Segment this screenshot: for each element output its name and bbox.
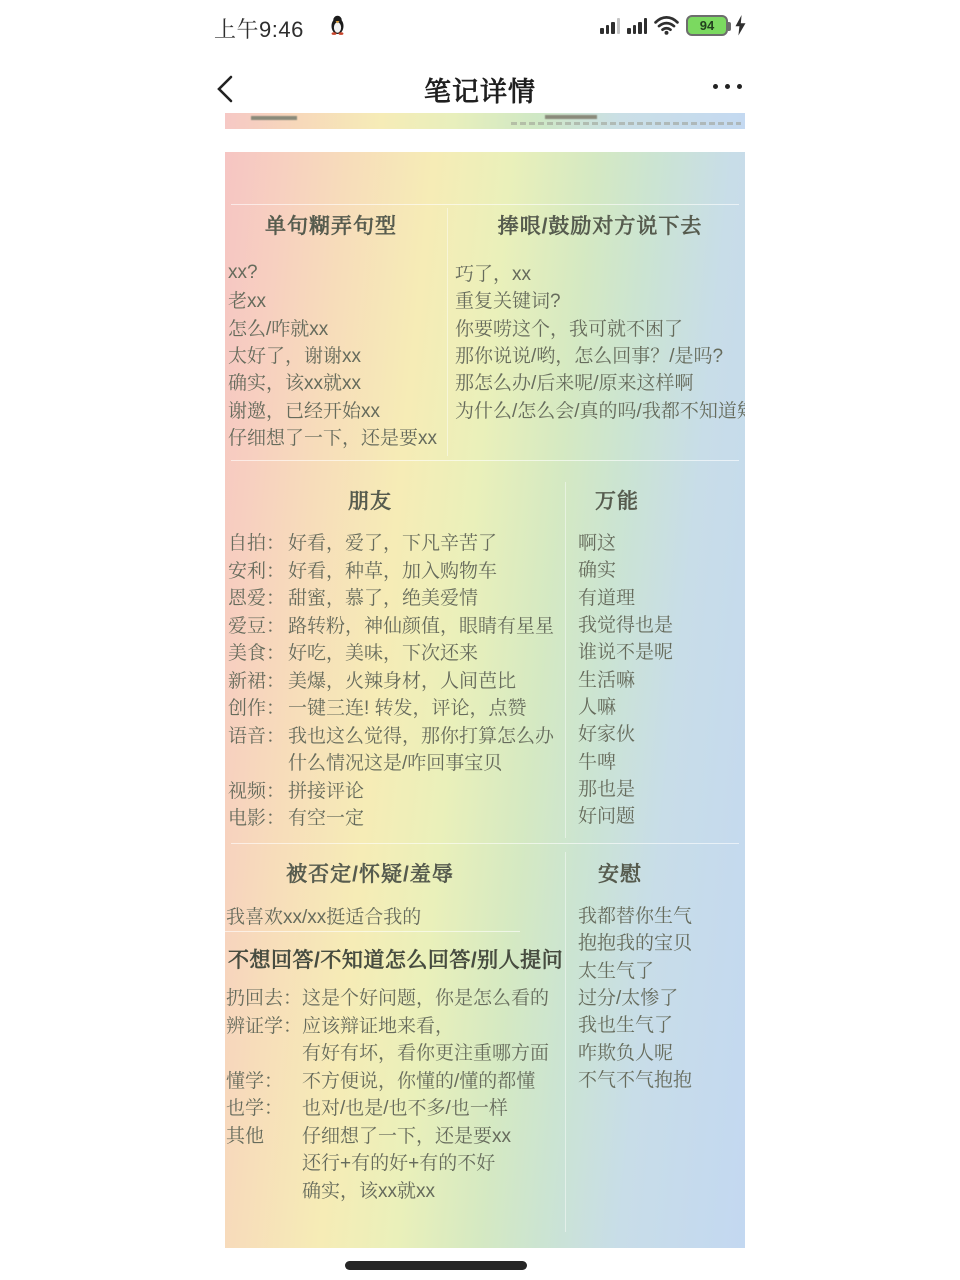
battery-icon: 94 bbox=[686, 15, 728, 36]
phrase-row: 什么情况这是/咋回事宝贝 bbox=[228, 748, 554, 776]
row-label: 视频： bbox=[228, 776, 288, 803]
phrase: xx? bbox=[228, 259, 437, 286]
phrase: 谢邀，已经开始xx bbox=[228, 395, 437, 422]
grid-line bbox=[231, 460, 739, 461]
phrase: 有道理 bbox=[578, 583, 673, 610]
row-text: 好看，种草，加入购物车 bbox=[288, 556, 497, 583]
row-text: 还行+有的好+有的不好 bbox=[302, 1148, 495, 1175]
phrase: 那也是 bbox=[578, 774, 673, 801]
signal-bars-sim2-icon bbox=[627, 17, 647, 34]
nav-bar: 笔记详情 bbox=[0, 62, 960, 114]
phrase-row: 扔回去：这是个好问题，你是怎么看的 bbox=[226, 983, 549, 1011]
phrase: 我觉得也是 bbox=[578, 610, 673, 637]
section1-right-header: 捧哏/鼓励对方说下去 bbox=[455, 210, 745, 240]
phrase: 太生气了 bbox=[578, 956, 692, 983]
phrase: 啊这 bbox=[578, 528, 673, 555]
status-icons: 94 bbox=[600, 14, 746, 36]
row-label: 其他 bbox=[226, 1121, 302, 1148]
section2-left-header: 朋友 bbox=[225, 485, 515, 515]
grid-line bbox=[565, 852, 566, 1232]
phrase: 确实，该xx就xx bbox=[228, 368, 437, 395]
row-label: 爱豆： bbox=[228, 611, 288, 638]
phrase: 我都替你生气 bbox=[578, 901, 692, 928]
phrase: 咋欺负人呢 bbox=[578, 1037, 692, 1064]
clock: 上午9:46 bbox=[214, 13, 304, 44]
row-text: 不方便说，你懂的/懂的都懂 bbox=[302, 1066, 535, 1093]
phrase: 不气不气抱抱 bbox=[578, 1065, 692, 1092]
tiny-text-smudge bbox=[511, 122, 741, 125]
battery-percent: 94 bbox=[700, 18, 714, 33]
row-label: 辨证学： bbox=[226, 1011, 302, 1038]
phrase-row: 语音：我也这么觉得，那你打算怎么办 bbox=[228, 721, 554, 749]
row-label: 自拍： bbox=[228, 528, 288, 555]
section3-right-list: 我都替你生气 抱抱我的宝贝 太生气了 过分/太惨了 我也生气了 咋欺负人呢 不气… bbox=[578, 901, 692, 1092]
page-title: 笔记详情 bbox=[0, 70, 960, 109]
row-label: 恩爱： bbox=[228, 583, 288, 610]
phrase: 谁说不是呢 bbox=[578, 637, 673, 664]
phrase: 我也生气了 bbox=[578, 1010, 692, 1037]
status-bar: 上午9:46 94 bbox=[0, 8, 960, 42]
section3-left-header: 被否定/怀疑/羞辱 bbox=[225, 858, 515, 888]
phrase-row: 确实，该xx就xx bbox=[226, 1176, 549, 1204]
more-button[interactable] bbox=[713, 84, 742, 89]
phrase-row: 恩爱：甜蜜，慕了，绝美爱情 bbox=[228, 583, 554, 611]
phrase: 好家伙 bbox=[578, 719, 673, 746]
row-text: 好吃，美味，下次还来 bbox=[288, 638, 478, 665]
tiny-text-smudge bbox=[545, 115, 597, 119]
row-text: 拼接评论 bbox=[288, 776, 364, 803]
section3-intro: 我喜欢xx/xx挺适合我的 bbox=[226, 902, 421, 929]
phrase-row: 也学：也对/也是/也不多/也一样 bbox=[226, 1093, 549, 1121]
grid-line bbox=[565, 482, 566, 838]
phrase: 巧了，xx bbox=[455, 259, 745, 286]
row-text: 有好有坏，看你更注重哪方面 bbox=[302, 1038, 549, 1065]
section3-subheader: 不想回答/不知道怎么回答/别人提问 bbox=[228, 944, 563, 974]
section1-left-header: 单句糊弄句型 bbox=[225, 210, 437, 240]
row-text: 确实，该xx就xx bbox=[302, 1176, 435, 1203]
note-image[interactable]: 单句糊弄句型 捧哏/鼓励对方说下去 xx? 老xx 怎么/咋就xx 太好了，谢谢… bbox=[225, 152, 745, 1248]
phrase: 重复关键词? bbox=[455, 286, 745, 313]
phrase-row: 安利：好看，种草，加入购物车 bbox=[228, 556, 554, 584]
row-label: 扔回去： bbox=[226, 983, 302, 1010]
grid-line bbox=[225, 931, 520, 932]
row-text: 什么情况这是/咋回事宝贝 bbox=[288, 748, 502, 775]
phrase: 好问题 bbox=[578, 801, 673, 828]
phrase: 那你说说/哟，怎么回事？/是吗? bbox=[455, 341, 745, 368]
phrase-row: 爱豆：路转粉，神仙颜值，眼睛有星星 bbox=[228, 611, 554, 639]
previous-image-strip[interactable] bbox=[225, 113, 745, 129]
section2-right-list: 啊这 确实 有道理 我觉得也是 谁说不是呢 生活嘛 人嘛 好家伙 牛啤 那也是 … bbox=[578, 528, 673, 828]
home-indicator[interactable] bbox=[345, 1261, 527, 1270]
row-text: 路转粉，神仙颜值，眼睛有星星 bbox=[288, 611, 554, 638]
row-text: 美爆，火辣身材，人间芭比 bbox=[288, 666, 516, 693]
tiny-text-smudge bbox=[251, 116, 297, 120]
row-label: 电影： bbox=[228, 803, 288, 830]
row-label: 安利： bbox=[228, 556, 288, 583]
row-text: 一键三连! 转发，评论，点赞 bbox=[288, 693, 527, 720]
section2-right-header: 万能 bbox=[527, 485, 707, 515]
grid-line bbox=[231, 204, 739, 205]
phrase: 人嘛 bbox=[578, 692, 673, 719]
phrase: 抱抱我的宝贝 bbox=[578, 928, 692, 955]
row-text: 也对/也是/也不多/也一样 bbox=[302, 1093, 508, 1120]
row-label: 语音： bbox=[228, 721, 288, 748]
phrase: 过分/太惨了 bbox=[578, 983, 692, 1010]
phrase-row: 懂学：不方便说，你懂的/懂的都懂 bbox=[226, 1066, 549, 1094]
phrase: 牛啤 bbox=[578, 746, 673, 773]
phrase-row: 新裙：美爆，火辣身材，人间芭比 bbox=[228, 666, 554, 694]
row-label: 创作： bbox=[228, 693, 288, 720]
phrase: 太好了，谢谢xx bbox=[228, 341, 437, 368]
wifi-icon bbox=[654, 16, 679, 35]
charging-bolt-icon bbox=[735, 15, 746, 36]
phrase: 生活嘛 bbox=[578, 664, 673, 691]
grid-line bbox=[231, 843, 739, 844]
phrase-row: 自拍：好看，爱了，下凡辛苦了 bbox=[228, 528, 554, 556]
row-text: 甜蜜，慕了，绝美爱情 bbox=[288, 583, 478, 610]
row-label: 懂学： bbox=[226, 1066, 302, 1093]
phrase-row: 电影：有空一定 bbox=[228, 803, 554, 831]
signal-bars-sim1-icon bbox=[600, 17, 620, 34]
section2-left-rows: 自拍：好看，爱了，下凡辛苦了 安利：好看，种草，加入购物车 恩爱：甜蜜，慕了，绝… bbox=[228, 528, 554, 831]
phrase: 怎么/咋就xx bbox=[228, 314, 437, 341]
row-text: 好看，爱了，下凡辛苦了 bbox=[288, 528, 497, 555]
phrase-row: 还行+有的好+有的不好 bbox=[226, 1148, 549, 1176]
phrase-row: 其他仔细想了一下，还是要xx bbox=[226, 1121, 549, 1149]
row-text: 仔细想了一下，还是要xx bbox=[302, 1121, 511, 1148]
penguin-icon bbox=[330, 15, 345, 35]
phrase-row: 有好有坏，看你更注重哪方面 bbox=[226, 1038, 549, 1066]
section3-left-rows: 扔回去：这是个好问题，你是怎么看的 辨证学：应该辩证地来看， 有好有坏，看你更注… bbox=[226, 983, 549, 1203]
phrase: 确实 bbox=[578, 555, 673, 582]
phrase-row: 创作：一键三连! 转发，评论，点赞 bbox=[228, 693, 554, 721]
phrase: 那怎么办/后来呢/原来这样啊 bbox=[455, 368, 745, 395]
row-text: 我也这么觉得，那你打算怎么办 bbox=[288, 721, 554, 748]
phrase: 仔细想了一下，还是要xx bbox=[228, 423, 437, 450]
row-text: 有空一定 bbox=[288, 803, 364, 830]
phone-screen: 上午9:46 94 bbox=[0, 0, 960, 1280]
row-label: 也学： bbox=[226, 1093, 302, 1120]
phrase: 为什么/怎么会/真的吗/我都不知道欸 bbox=[455, 395, 745, 422]
section1-right-list: 巧了，xx 重复关键词? 你要唠这个，我可就不困了 那你说说/哟，怎么回事？/是… bbox=[455, 259, 745, 423]
section1-left-list: xx? 老xx 怎么/咋就xx 太好了，谢谢xx 确实，该xx就xx 谢邀，已经… bbox=[228, 259, 437, 450]
row-text: 应该辩证地来看， bbox=[302, 1011, 454, 1038]
phrase-row: 辨证学：应该辩证地来看， bbox=[226, 1011, 549, 1039]
phrase-row: 视频：拼接评论 bbox=[228, 776, 554, 804]
row-text: 这是个好问题，你是怎么看的 bbox=[302, 983, 549, 1010]
phrase-row: 美食：好吃，美味，下次还来 bbox=[228, 638, 554, 666]
row-label: 新裙： bbox=[228, 666, 288, 693]
row-label: 美食： bbox=[228, 638, 288, 665]
grid-line bbox=[447, 208, 448, 456]
phrase: 你要唠这个，我可就不困了 bbox=[455, 314, 745, 341]
section3-right-header: 安慰 bbox=[530, 858, 710, 888]
phrase: 老xx bbox=[228, 286, 437, 313]
